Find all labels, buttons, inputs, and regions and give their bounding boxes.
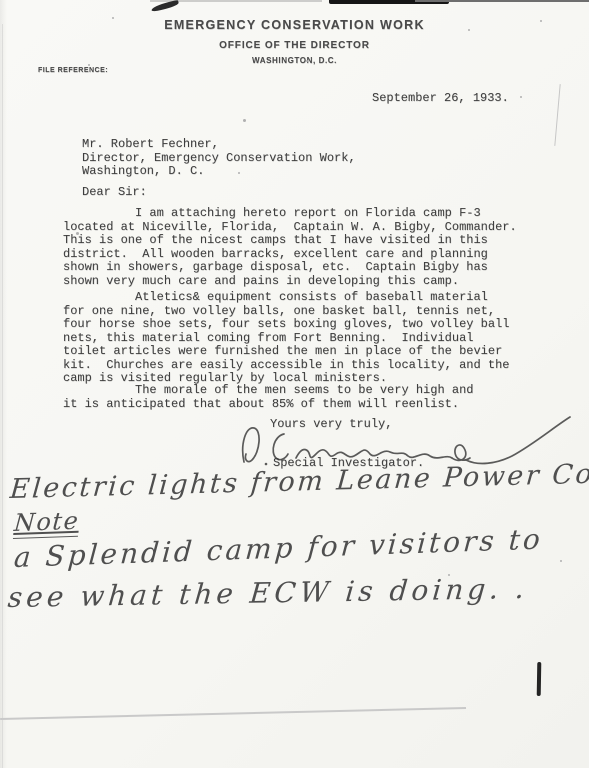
handwritten-note-line2: a Splendid camp for visitors to: [13, 522, 544, 574]
scan-speck: [448, 574, 450, 576]
paragraph-2: Atletics& equipment consists of baseball…: [63, 291, 509, 386]
scan-speck: [243, 119, 246, 122]
letter-date: September 26, 1933.: [372, 92, 509, 106]
scan-speck: [540, 20, 542, 22]
handwritten-note-line3: see what the ECW is doing. .: [7, 572, 530, 614]
paragraph-1: I am attaching hereto report on Florida …: [63, 207, 517, 288]
recipient-address: Mr. Robert Fechner, Director, Emergency …: [82, 138, 356, 179]
handwritten-note-label: Note: [13, 507, 80, 539]
fold-line: [554, 84, 560, 146]
scan-speck: [306, 60, 308, 62]
scan-speck: [468, 29, 470, 31]
file-reference-label: FILE REFERENCE:: [38, 67, 108, 74]
crease-line: [0, 707, 466, 719]
top-edge-line: [415, 0, 589, 2]
scan-speck: [238, 172, 240, 174]
scan-speck: [520, 96, 522, 98]
scan-speck: [76, 232, 79, 235]
salutation: Dear Sir:: [82, 186, 147, 200]
paragraph-3: The morale of the men seems to be very h…: [63, 384, 473, 411]
scan-speck: [104, 310, 106, 312]
scan-speck: [88, 64, 90, 66]
scan-speck: [560, 560, 562, 562]
ink-mark-bottom: [537, 662, 542, 696]
letterhead-org: EMERGENCY CONSERVATION WORK: [0, 18, 589, 32]
scan-edge-line: [2, 24, 3, 768]
scanned-letter-page: EMERGENCY CONSERVATION WORK OFFICE OF TH…: [0, 0, 589, 768]
letterhead-office: OFFICE OF THE DIRECTOR: [0, 40, 589, 51]
scan-speck: [112, 17, 114, 19]
